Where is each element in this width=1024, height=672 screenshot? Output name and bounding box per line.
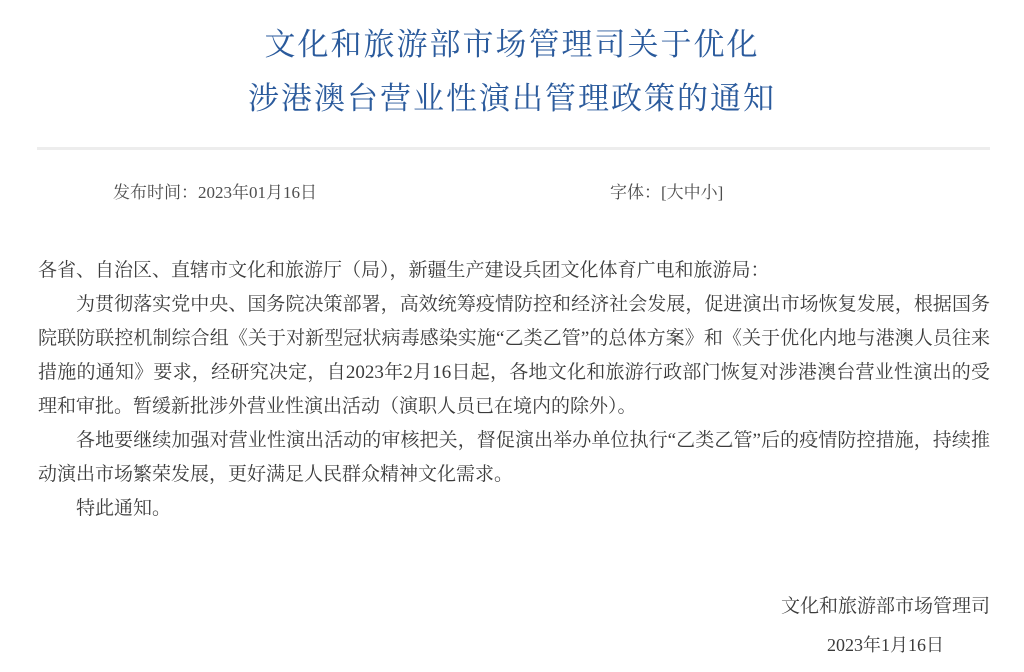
title-divider — [37, 147, 990, 150]
meta-row: 发布时间：2023年01月16日 字体：[大中小] — [0, 182, 1024, 204]
signature-inner: 文化和旅游部市场管理司 2023年1月16日 — [781, 588, 990, 664]
font-size-medium-button[interactable]: 中 — [684, 183, 701, 202]
document-title-line1: 文化和旅游部市场管理司关于优化 — [0, 18, 1024, 72]
signature-block: 文化和旅游部市场管理司 2023年1月16日 — [0, 588, 990, 665]
document-title: 文化和旅游部市场管理司关于优化 涉港澳台营业性演出管理政策的通知 — [0, 0, 1024, 126]
signature-date: 2023年1月16日 — [781, 626, 990, 664]
font-size-label: 字体： — [610, 183, 661, 202]
body-paragraph-2: 各地要继续加强对营业性演出活动的审核把关，督促演出举办单位执行“乙类乙管”后的疫… — [38, 424, 990, 492]
publish-date-value: 2023年01月16日 — [198, 183, 317, 202]
closing-line: 特此通知。 — [38, 492, 990, 526]
signature-department: 文化和旅游部市场管理司 — [781, 588, 990, 626]
font-size-control: 字体：[大中小] — [610, 182, 723, 204]
publish-date-label: 发布时间： — [113, 183, 198, 202]
font-size-bracket-close: ] — [718, 183, 724, 202]
salutation: 各省、自治区、直辖市文化和旅游厅（局），新疆生产建设兵团文化体育广电和旅游局： — [38, 254, 990, 288]
document-title-line2: 涉港澳台营业性演出管理政策的通知 — [0, 72, 1024, 126]
body-paragraph-1: 为贯彻落实党中央、国务院决策部署，高效统筹疫情防控和经济社会发展，促进演出市场恢… — [38, 288, 990, 424]
document-body: 各省、自治区、直辖市文化和旅游厅（局），新疆生产建设兵团文化体育广电和旅游局： … — [38, 254, 990, 526]
publish-date: 发布时间：2023年01月16日 — [113, 182, 317, 204]
font-size-large-button[interactable]: 大 — [667, 183, 684, 202]
font-size-small-button[interactable]: 小 — [701, 183, 718, 202]
notice-document: 文化和旅游部市场管理司关于优化 涉港澳台营业性演出管理政策的通知 发布时间：20… — [0, 0, 1024, 672]
